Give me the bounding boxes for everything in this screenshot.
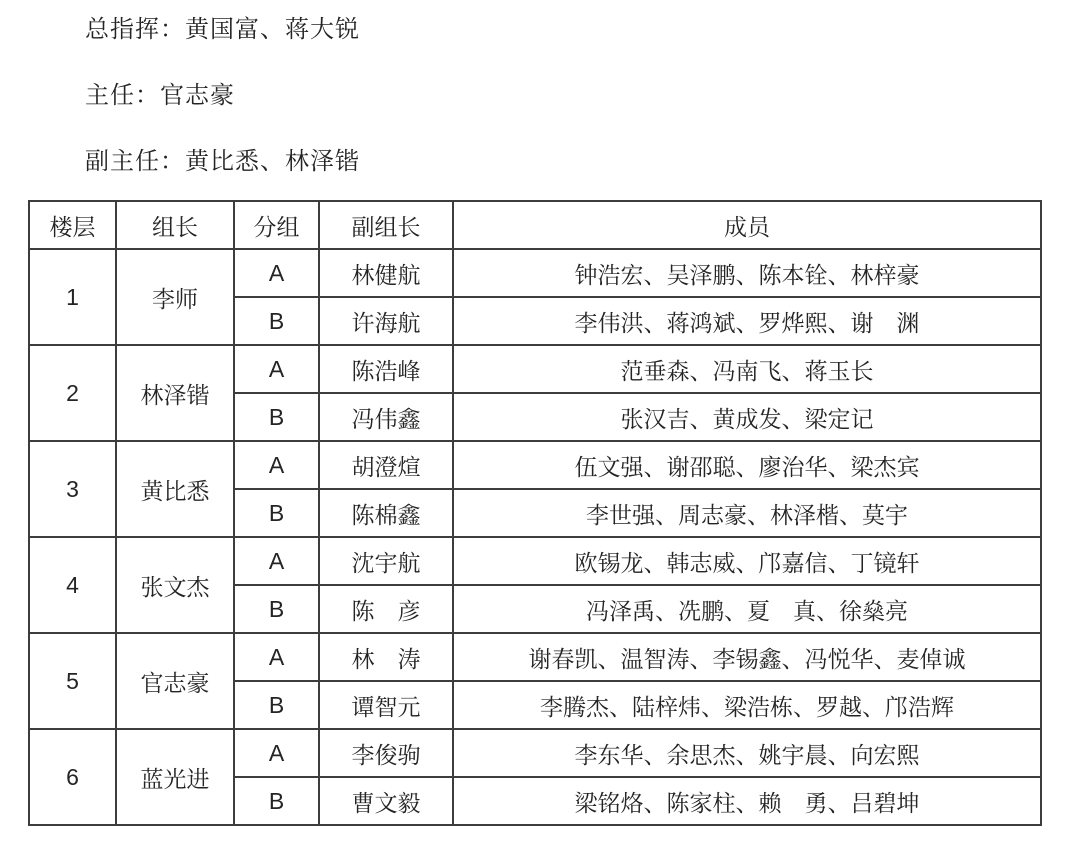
floor-cell: 5 [29, 633, 116, 729]
header-block: 总指挥：黄国富、蒋大锐 主任：官志豪 副主任：黄比悉、林泽锴 [0, 0, 1079, 174]
table-row: 5官志豪A林 涛谢春凯、温智涛、李锡鑫、冯悦华、麦倬诚 [29, 633, 1041, 681]
members-cell: 李世强、周志豪、林泽楷、莫宇 [453, 489, 1041, 537]
members-cell: 谢春凯、温智涛、李锡鑫、冯悦华、麦倬诚 [453, 633, 1041, 681]
deputy-cell: 沈宇航 [319, 537, 453, 585]
members-cell: 欧锡龙、韩志威、邝嘉信、丁镜轩 [453, 537, 1041, 585]
group-cell: B [234, 681, 319, 729]
group-cell: A [234, 441, 319, 489]
group-cell: B [234, 297, 319, 345]
leader-cell: 黄比悉 [116, 441, 234, 537]
members-cell: 梁铭烙、陈家柱、赖 勇、吕碧坤 [453, 777, 1041, 825]
members-cell: 李伟洪、蒋鸿斌、罗烨熙、谢 渊 [453, 297, 1041, 345]
group-cell: B [234, 393, 319, 441]
floor-cell: 4 [29, 537, 116, 633]
deputy-cell: 陈棉鑫 [319, 489, 453, 537]
members-cell: 张汉吉、黄成发、梁定记 [453, 393, 1041, 441]
members-cell: 李东华、余思杰、姚宇晨、向宏熙 [453, 729, 1041, 777]
deputy-cell: 李俊驹 [319, 729, 453, 777]
table-row: 6蓝光进A李俊驹李东华、余思杰、姚宇晨、向宏熙 [29, 729, 1041, 777]
floor-cell: 1 [29, 249, 116, 345]
col-header-leader: 组长 [116, 201, 234, 249]
table-row: 3黄比悉A胡澄煊伍文强、谢邵聪、廖治华、梁杰宾 [29, 441, 1041, 489]
leader-cell: 李师 [116, 249, 234, 345]
members-cell: 钟浩宏、吴泽鹏、陈本铨、林梓豪 [453, 249, 1041, 297]
deputy-cell: 陈浩峰 [319, 345, 453, 393]
deputy-cell: 胡澄煊 [319, 441, 453, 489]
table-header-row: 楼层 组长 分组 副组长 成员 [29, 201, 1041, 249]
leader-cell: 蓝光进 [116, 729, 234, 825]
deputy-director-line: 副主任：黄比悉、林泽锴 [85, 150, 1079, 174]
staff-table: 楼层 组长 分组 副组长 成员 1李师A林健航钟浩宏、吴泽鹏、陈本铨、林梓豪B许… [28, 200, 1042, 826]
group-cell: B [234, 777, 319, 825]
members-cell: 伍文强、谢邵聪、廖治华、梁杰宾 [453, 441, 1041, 489]
document-page: 总指挥：黄国富、蒋大锐 主任：官志豪 副主任：黄比悉、林泽锴 楼层 组长 分组 … [0, 0, 1079, 842]
deputy-cell: 陈 彦 [319, 585, 453, 633]
group-cell: B [234, 585, 319, 633]
leader-cell: 官志豪 [116, 633, 234, 729]
col-header-floor: 楼层 [29, 201, 116, 249]
col-header-group: 分组 [234, 201, 319, 249]
floor-cell: 3 [29, 441, 116, 537]
group-cell: A [234, 249, 319, 297]
deputy-cell: 曹文毅 [319, 777, 453, 825]
group-cell: A [234, 537, 319, 585]
floor-cell: 6 [29, 729, 116, 825]
col-header-deputy: 副组长 [319, 201, 453, 249]
director-line: 主任：官志豪 [85, 84, 1079, 108]
leader-cell: 张文杰 [116, 537, 234, 633]
members-cell: 范垂森、冯南飞、蒋玉长 [453, 345, 1041, 393]
table-row: 1李师A林健航钟浩宏、吴泽鹏、陈本铨、林梓豪 [29, 249, 1041, 297]
deputy-cell: 许海航 [319, 297, 453, 345]
deputy-cell: 冯伟鑫 [319, 393, 453, 441]
commander-line: 总指挥：黄国富、蒋大锐 [85, 18, 1079, 42]
group-cell: A [234, 633, 319, 681]
group-cell: B [234, 489, 319, 537]
table-row: 4张文杰A沈宇航欧锡龙、韩志威、邝嘉信、丁镜轩 [29, 537, 1041, 585]
deputy-cell: 谭智元 [319, 681, 453, 729]
members-cell: 冯泽禹、冼鹏、夏 真、徐燊亮 [453, 585, 1041, 633]
leader-cell: 林泽锴 [116, 345, 234, 441]
floor-cell: 2 [29, 345, 116, 441]
group-cell: A [234, 345, 319, 393]
col-header-members: 成员 [453, 201, 1041, 249]
table-row: 2林泽锴A陈浩峰范垂森、冯南飞、蒋玉长 [29, 345, 1041, 393]
deputy-cell: 林健航 [319, 249, 453, 297]
deputy-cell: 林 涛 [319, 633, 453, 681]
members-cell: 李腾杰、陆梓炜、梁浩栋、罗越、邝浩辉 [453, 681, 1041, 729]
group-cell: A [234, 729, 319, 777]
